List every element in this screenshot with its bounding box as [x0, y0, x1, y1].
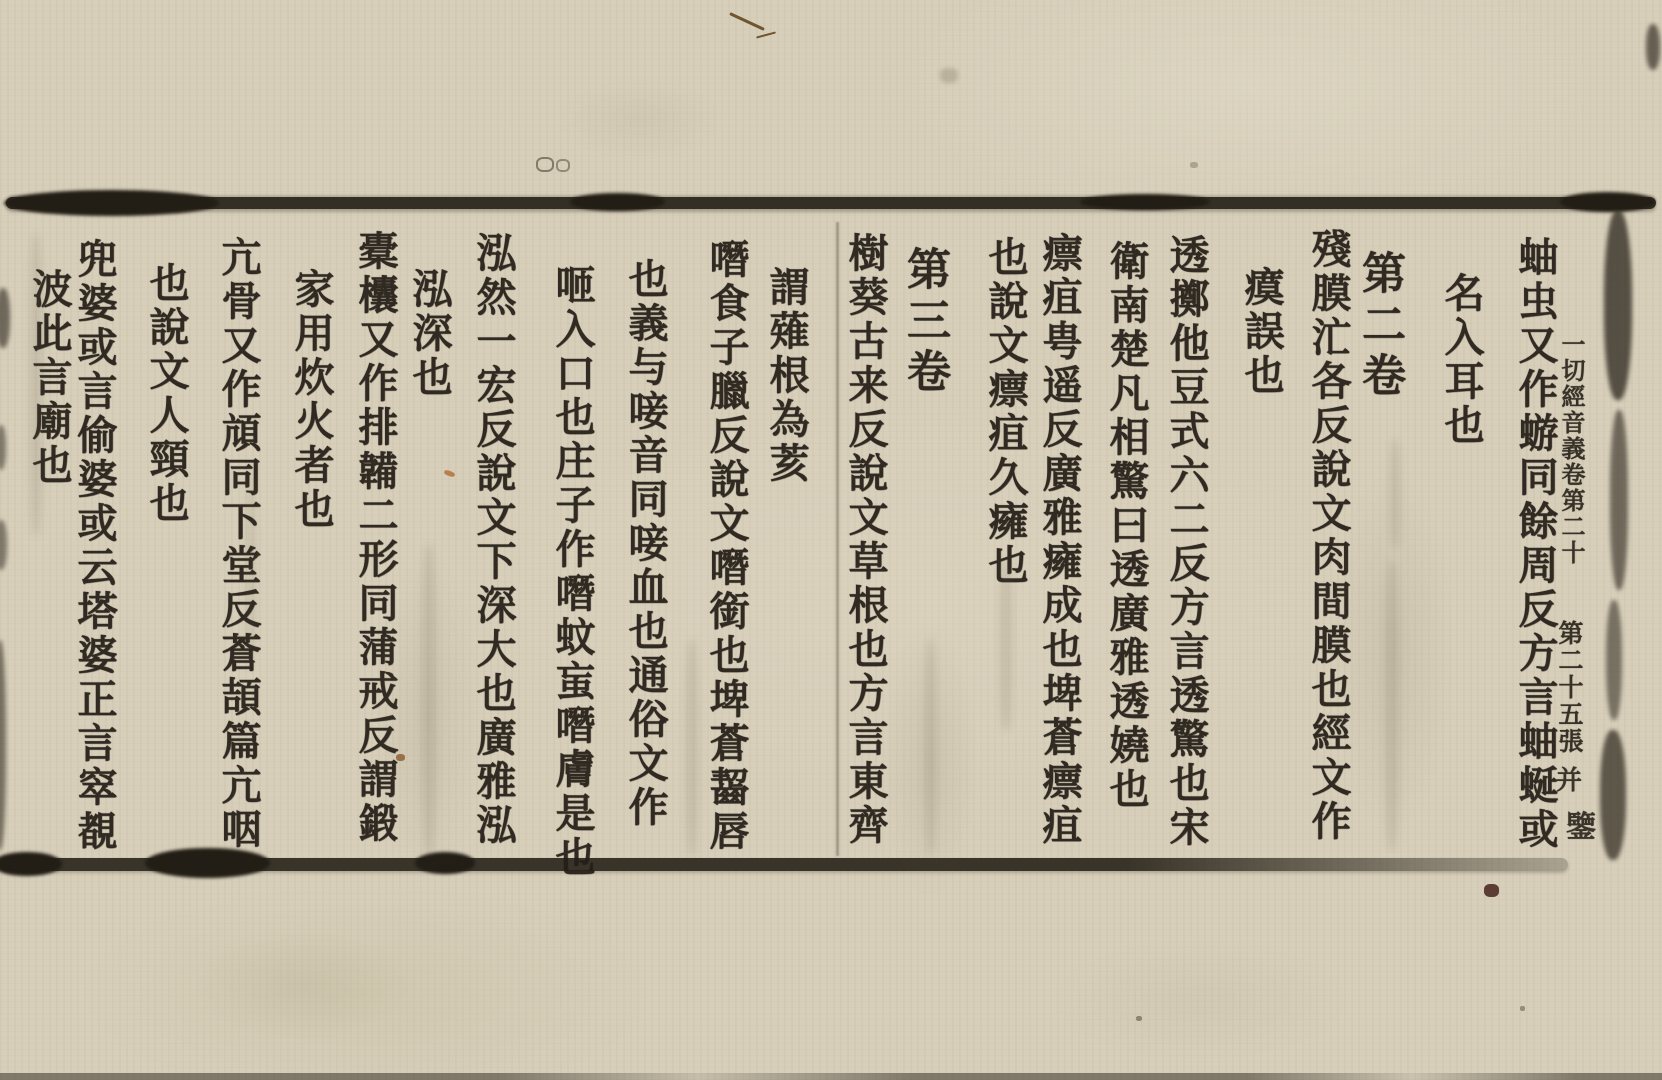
paper-stain	[1385, 560, 1399, 850]
column-divider-line	[836, 222, 839, 856]
twig-fiber	[729, 12, 765, 31]
paper-stain	[246, 470, 256, 670]
text-column: 橐欜又作排韛二形同蒲戒反謂鍛	[352, 230, 398, 846]
text-column: 樹葵古来反說文草根也方言東齊	[842, 232, 888, 848]
paper-stain	[686, 640, 698, 855]
brown-fleck	[443, 469, 455, 477]
ink-speck	[1190, 162, 1198, 168]
work-title-column: 一切經音義卷第二十	[1556, 332, 1586, 566]
text-column: 衛南楚凡相驚曰透廣雅透嬈也	[1103, 240, 1149, 812]
text-column: 也說文瘭疽久癕也	[982, 236, 1028, 588]
top-border-ink-blob	[4, 190, 219, 216]
paper-stain	[422, 545, 436, 855]
left-edge-border	[0, 288, 10, 348]
right-edge-border	[1610, 410, 1628, 590]
top-border-ink-blob	[1080, 194, 1210, 210]
top-border-ink-blob	[1560, 192, 1655, 212]
right-edge-border	[1604, 210, 1632, 400]
bottom-border-ink-blob	[145, 848, 270, 878]
text-column: 咂入口也庄子作噆蚊䖟噆膚是也	[549, 264, 595, 880]
text-column: 泓深也	[406, 268, 452, 400]
bottom-border-ink-blob	[415, 852, 475, 874]
right-edge-mark	[1646, 24, 1660, 70]
ink-speck	[536, 157, 554, 172]
text-column: 噆食子臘反說文噆銜也埤蒼齧唇	[703, 238, 749, 854]
ink-speck	[556, 159, 570, 172]
text-column: 殘膜汒各反說文肉間膜也經文作	[1305, 228, 1351, 844]
ink-speck	[1520, 1006, 1525, 1011]
chapter-heading-column: 第三卷	[901, 246, 947, 399]
engraver-mark-lower: 鑒	[1566, 802, 1596, 846]
engraver-mark-upper: 并	[1556, 760, 1582, 797]
ink-speck	[1136, 1016, 1142, 1021]
bottom-border-ink-blob	[0, 852, 62, 876]
text-column: 瘭疽甹遥反廣雅癕成也埤蒼瘭疽	[1036, 232, 1082, 848]
text-column: 也說文人頸也	[143, 262, 189, 526]
text-column: 兜婆或言偷婆或云塔婆正言窣覩	[71, 238, 117, 854]
paper-stain	[30, 235, 42, 535]
text-column: 家用炊火者也	[288, 268, 334, 532]
paper-stain	[925, 640, 936, 855]
left-edge-border	[0, 425, 6, 470]
text-column: 名入耳也	[1438, 272, 1484, 448]
twig-fiber	[756, 31, 776, 38]
right-edge-border	[1606, 600, 1622, 720]
dark-red-spot	[1484, 884, 1499, 897]
left-edge-border	[0, 640, 6, 850]
text-column: 也義与唼音同唼血也通俗文作	[622, 258, 668, 830]
chapter-heading-column: 第二卷	[1356, 250, 1402, 403]
right-edge-border	[1600, 730, 1626, 860]
text-column: 蚰虫又作蝣同餘周反方言蚰蜒或	[1512, 236, 1558, 852]
left-edge-border	[0, 520, 7, 570]
text-column: 謂薙根為荄	[763, 266, 809, 486]
page-bottom-edge-shadow	[0, 1073, 1662, 1080]
ink-speck	[940, 68, 958, 83]
text-column: 透擲他豆式六二反方言透驚也宋	[1163, 234, 1209, 850]
text-column: 泓然一宏反說文下深大也廣雅泓	[470, 232, 516, 848]
top-border-ink-blob	[570, 193, 665, 211]
text-column: 瘼誤也	[1238, 266, 1284, 398]
top-border-rule	[6, 197, 1656, 209]
manuscript-paper: 一切經音義卷第二十 第二十五張 并 鑒 蚰虫又作蝣同餘周反方言蚰蜒或名入耳也第二…	[0, 0, 1662, 1080]
brown-fleck	[396, 754, 405, 761]
paper-stain	[1390, 440, 1400, 550]
paper-stain	[1000, 560, 1012, 730]
